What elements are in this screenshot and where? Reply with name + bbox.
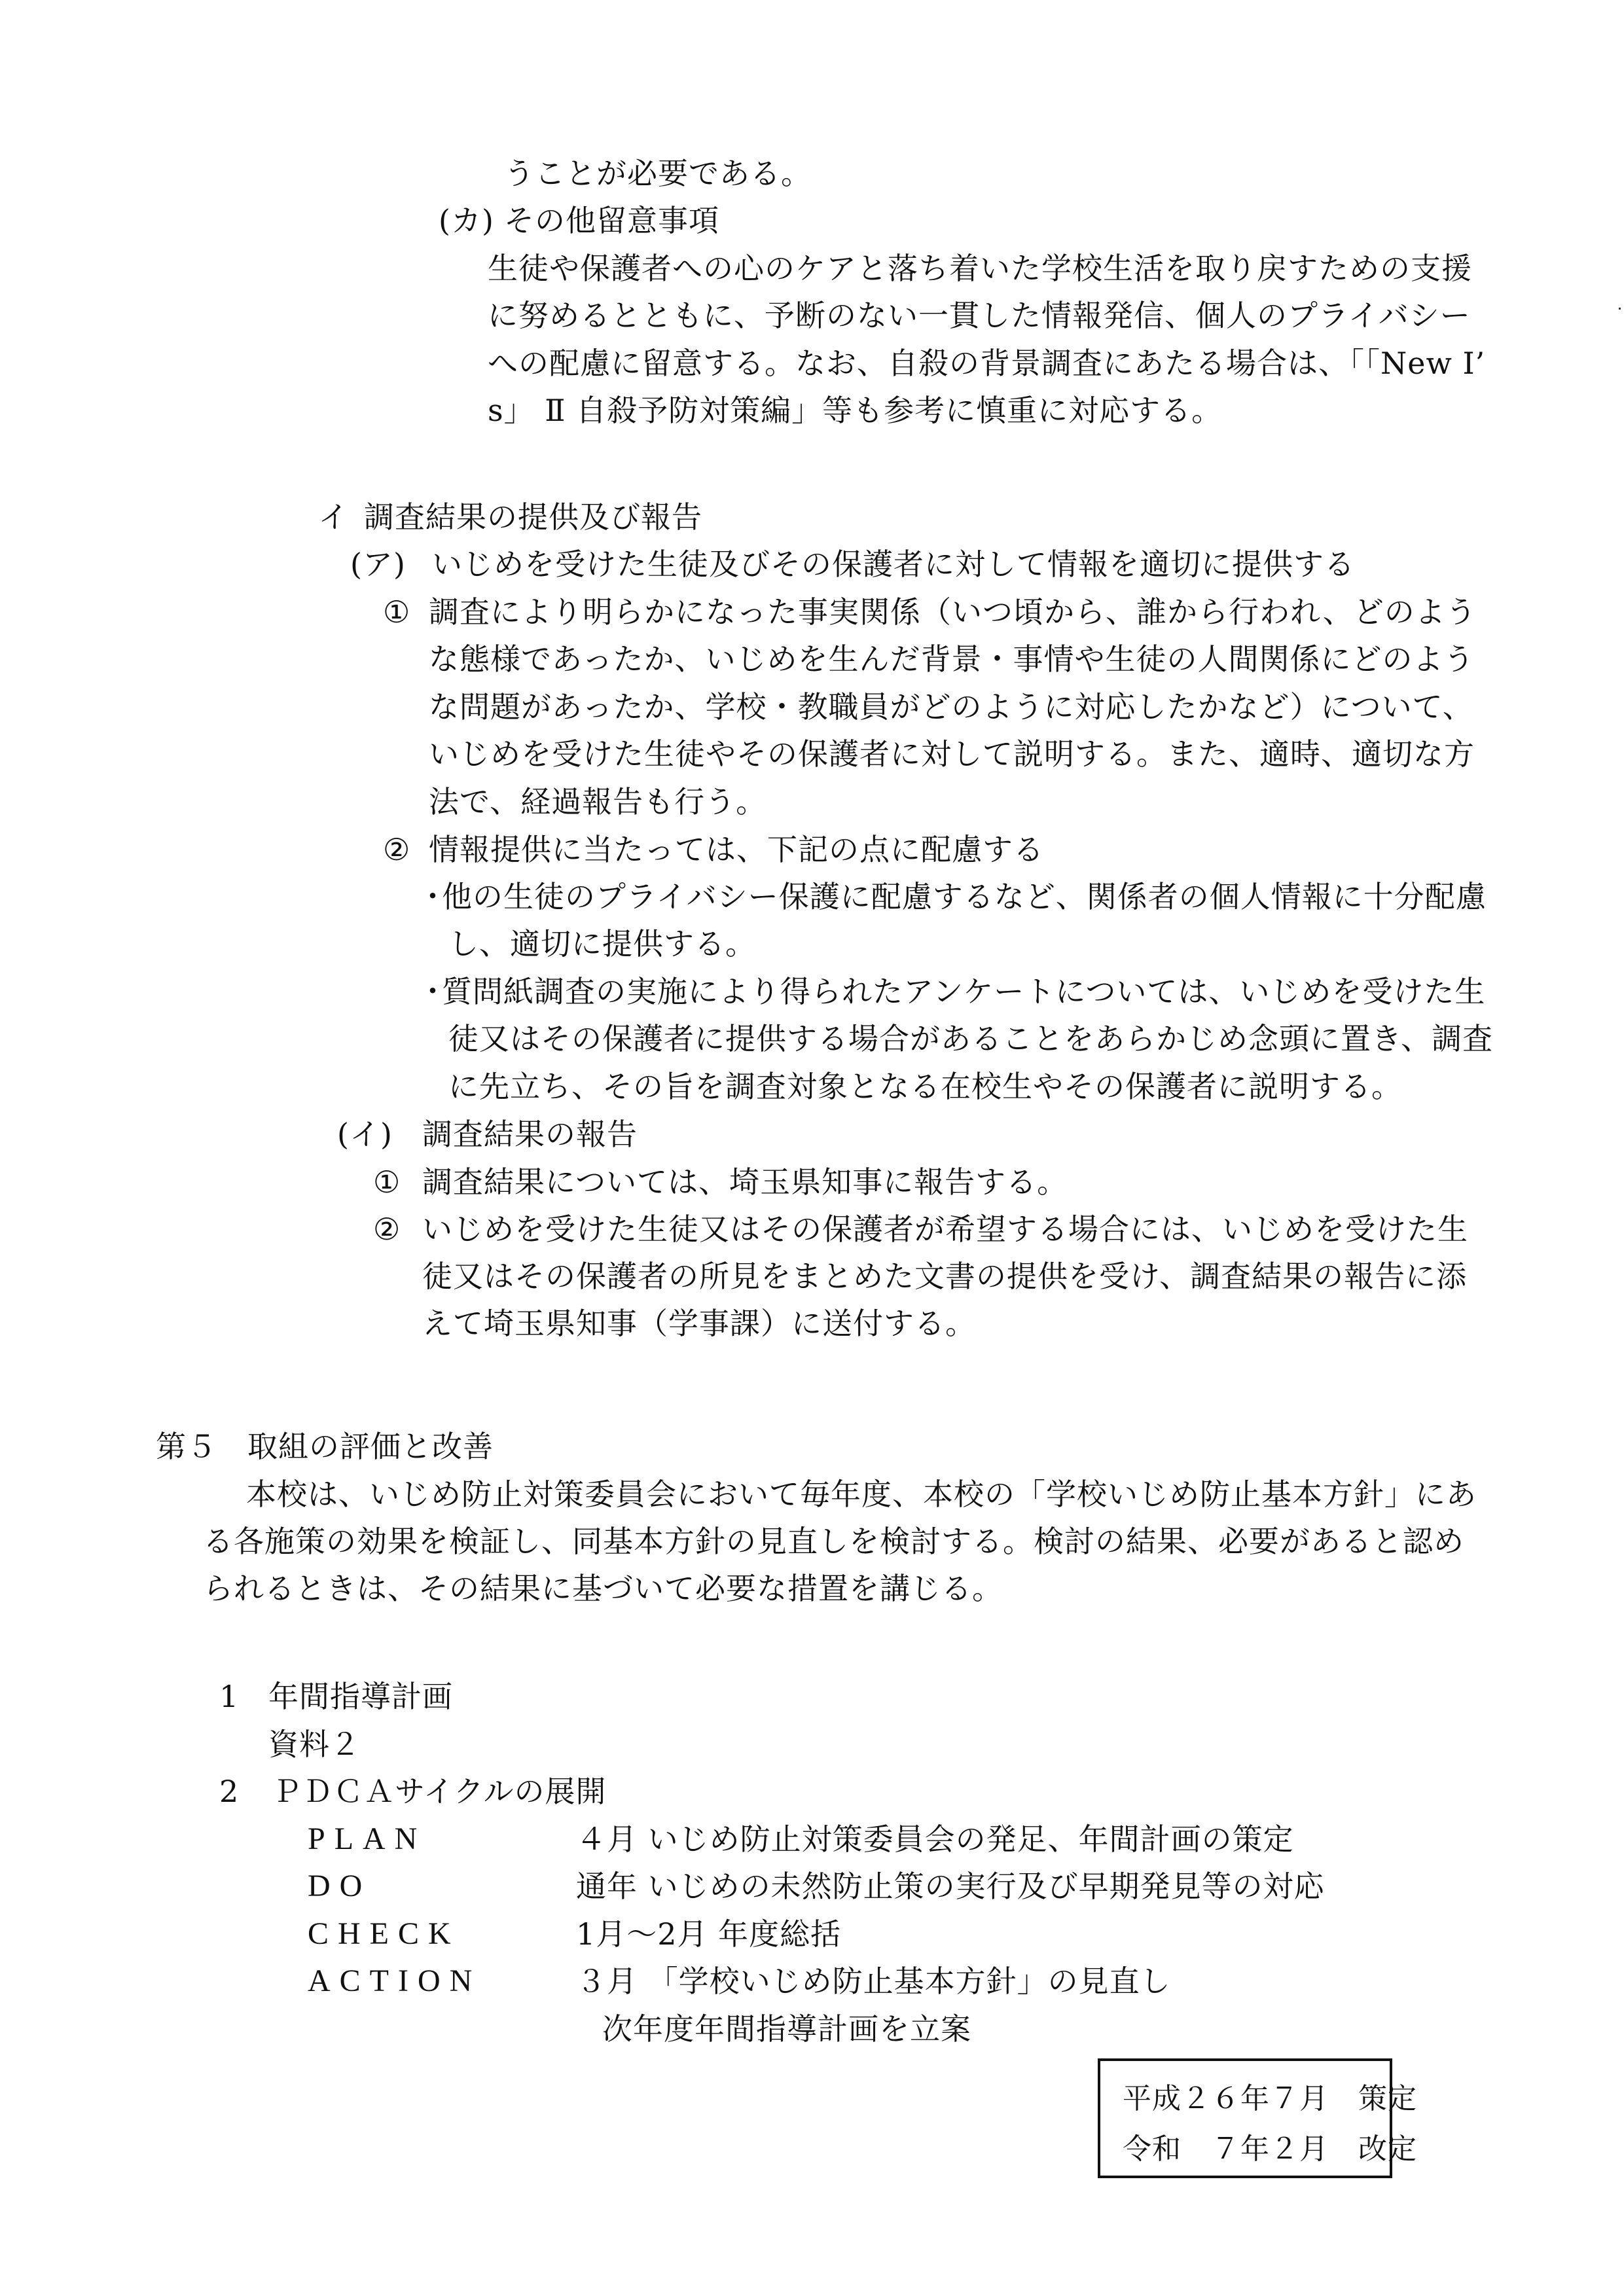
- paragraph-line: 調査結果については、埼玉県知事に報告する。: [422, 1162, 1068, 1202]
- paragraph-line: 調査により明らかになった事実関係（いつ頃から、誰から行われ、どのよう: [429, 592, 1477, 632]
- item-marker-a: (ア): [350, 545, 406, 584]
- item-title: ＰＤＣＡサイクルの展開: [272, 1772, 606, 1811]
- item-marker-b: (イ): [337, 1115, 393, 1154]
- section-marker-i: イ: [318, 497, 349, 537]
- ka-body-line: 生徒や保護者への心のケアと落ち着いた学校生活を取り戻すための支援: [488, 249, 1472, 288]
- pdca-phase-action: ACTION: [308, 1962, 481, 2001]
- circled-number-1: ①: [373, 1162, 401, 1202]
- paragraph-line: いじめを受けた生徒やその保護者に対して説明する。また、適時、適切な方: [429, 734, 1475, 774]
- continuation-text: うことが必要である。: [504, 154, 812, 193]
- item-title-ka: その他留意事項: [504, 201, 719, 240]
- item-marker-ka: (カ): [439, 201, 494, 240]
- section-title-i: 調査結果の提供及び報告: [364, 497, 702, 537]
- chapter-title: 取組の評価と改善: [247, 1427, 494, 1466]
- item-title: 情報提供に当たっては、下記の点に配慮する: [429, 830, 1044, 869]
- bullet-line: 徒又はその保護者に提供する場合があることをあらかじめ念頭に置き、調査: [448, 1019, 1493, 1058]
- paragraph-line: いじめを受けた生徒又はその保護者が希望する場合には、いじめを受けた生: [422, 1210, 1468, 1249]
- paragraph-line: な問題があったか、学校・教職員がどのように対応したかなど）について、: [429, 687, 1473, 726]
- ka-body-line: への配慮に留意する。なお、自殺の背景調査にあたる場合は、「「New I’: [488, 344, 1485, 383]
- bullet-line: し、適切に提供する。: [448, 924, 756, 963]
- item-title: 年間指導計画: [268, 1677, 453, 1716]
- chapter-body-line: られるときは、その結果に基づいて必要な措置を講じる。: [203, 1569, 1003, 1608]
- pdca-detail: 通年 いじめの未然防止策の実行及び早期発見等の対応: [576, 1867, 1325, 1906]
- chapter-marker: 第５: [156, 1427, 217, 1466]
- pdca-phase-check: CHECK: [308, 1914, 460, 1954]
- circled-number-1: ①: [383, 592, 410, 632]
- item-number: 1: [219, 1677, 239, 1716]
- pdca-detail: ３月 「学校いじめ防止基本方針」の見直し: [576, 1962, 1171, 2001]
- bullet-line: に先立ち、その旨を調査対象となる在校生やその保護者に説明する。: [448, 1067, 1402, 1106]
- circled-number-2: ②: [383, 830, 410, 869]
- bullet-line: 質問紙調査の実施により得られたアンケートについては、いじめを受けた生: [442, 972, 1485, 1011]
- chapter-body-line: る各施策の効果を検証し、同基本方針の見直しを検討する。検討の結果、必要があると認…: [203, 1522, 1464, 1561]
- pdca-detail: ４月 いじめ防止対策委員会の発足、年間計画の策定: [576, 1820, 1294, 1859]
- item-title-b: 調査結果の報告: [422, 1115, 638, 1154]
- pdca-phase-do: DO: [308, 1867, 371, 1906]
- established-date: 平成２６年７月 策定: [1123, 2079, 1417, 2119]
- paragraph-line: 徒又はその保護者の所見をまとめた文書の提供を受け、調査結果の報告に添: [422, 1257, 1467, 1296]
- ka-body-line: に努めるとともに、予断のない一貫した情報発信、個人のプライバシー: [488, 296, 1471, 335]
- chapter-body-line: 本校は、いじめ防止対策委員会において毎年度、本校の「学校いじめ防止基本方針」にあ: [246, 1475, 1477, 1514]
- pdca-phase-plan: PLAN: [308, 1820, 426, 1859]
- item-reference: 資料２: [268, 1725, 361, 1764]
- paragraph-line: 法で、経過報告も行う。: [429, 782, 767, 821]
- revision-history-box: 平成２６年７月 策定 令和 ７年２月 改定: [1098, 2058, 1392, 2178]
- pdca-detail-continued: 次年度年間指導計画を立案: [602, 2009, 971, 2049]
- pdca-detail: 1月～2月 年度総括: [576, 1914, 841, 1954]
- item-title-a: いじめを受けた生徒及びその保護者に対して情報を適切に提供する: [432, 545, 1355, 584]
- item-number: 2: [219, 1772, 239, 1811]
- scan-speck: [1619, 308, 1621, 310]
- bullet-line: 他の生徒のプライバシー保護に配慮するなど、関係者の個人情報に十分配慮: [442, 877, 1487, 916]
- ka-body-line: s」 Ⅱ 自殺予防対策編」等も参考に慎重に対応する。: [488, 391, 1222, 430]
- paragraph-line: な態様であったか、いじめを生んだ背景・事情や生徒の人間関係にどのよう: [429, 639, 1475, 679]
- paragraph-line: えて埼玉県知事（学事課）に送付する。: [422, 1304, 976, 1343]
- revised-date: 令和 ７年２月 改定: [1123, 2130, 1417, 2169]
- circled-number-2: ②: [373, 1210, 401, 1249]
